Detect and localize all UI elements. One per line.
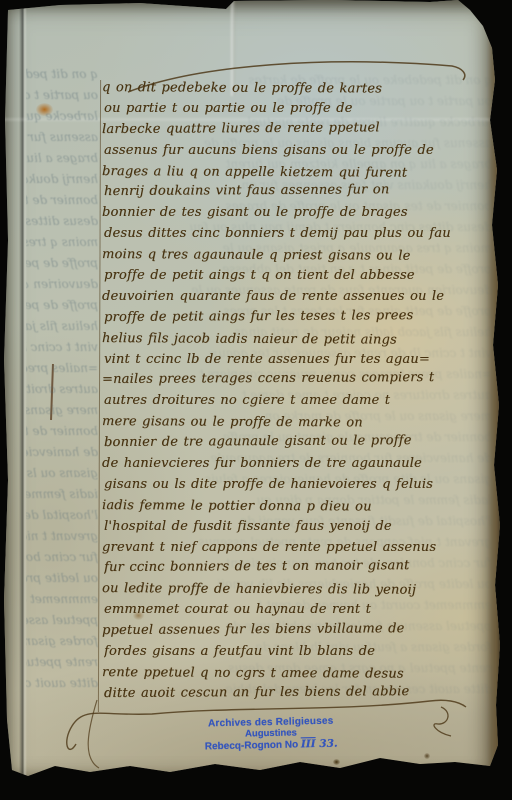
manuscript-line: bonnier de tes gisant ou le proffe de br… bbox=[102, 203, 496, 224]
torn-bottom-edge bbox=[0, 778, 504, 792]
stamp-roman-numeral: III bbox=[301, 738, 316, 750]
archive-stamp: Archives des Religieuses Augustines Rebe… bbox=[195, 715, 348, 752]
bleedthrough-line: ou partie t ou partie ou le proffe de bbox=[26, 85, 98, 106]
bleedthrough-line: fordes gisans a feutfau vint lb blans de bbox=[26, 631, 98, 652]
bleedthrough-text: q on dit pedebeke ou le proffe de kartes… bbox=[26, 64, 98, 694]
bleedthrough-line: l'hospital de fusdit fissante faus yenoi… bbox=[26, 505, 98, 526]
bleedthrough-line: proffe de petit aings t q on tient del a… bbox=[26, 253, 98, 274]
bleedthrough-line: de hanievcieres fur bonniers de tre agau… bbox=[26, 442, 98, 463]
manuscript-line: gisans ou ls dite proffe de hanievoieres… bbox=[104, 475, 496, 496]
bleedthrough-line: larbecke quattre liures de rente ppetuel bbox=[26, 106, 98, 127]
manuscript-line: proffe de petit aings t q on tient del a… bbox=[104, 266, 496, 287]
parchment-page: q on dit pedebeke ou le proffe de kartes… bbox=[0, 0, 504, 792]
bleedthrough-line: fur ccinc bonniers de tes t on manoir gi… bbox=[26, 547, 98, 568]
bleedthrough-line: =nailes prees terages ccens reuenus comp… bbox=[26, 358, 98, 379]
bleedthrough-line: gisans ou ls dite proffe de hanievoieres… bbox=[26, 463, 98, 484]
stamp-arabic-number: 33. bbox=[319, 738, 338, 750]
bleedthrough-line: henrij doukains vint faus assennes fur o… bbox=[26, 169, 98, 190]
manuscript-line: l'hospital de fusdit fissante faus yenoi… bbox=[104, 517, 496, 538]
manuscript-line: assenus fur aucuns biens gisans ou le pr… bbox=[104, 141, 496, 162]
manuscript-line: henrij doukains vint faus assennes fur o… bbox=[104, 180, 496, 203]
bleedthrough-line: iadis femme le pottier donna p dieu ou bbox=[26, 484, 98, 505]
bleedthrough-line: vint t ccinc lb de rente assenues fur te… bbox=[26, 337, 98, 358]
bleedthrough-line: ditte auoit cescun an fur les biens del … bbox=[26, 673, 98, 694]
manuscript-text-block: q on dit pedebeke ou le proffe de kartes… bbox=[102, 78, 496, 705]
manuscript-line: desus dittes cinc bonniers t demij pau p… bbox=[104, 224, 496, 245]
manuscript-line: iadis femme le pottier donna p dieu ou bbox=[102, 496, 496, 519]
bleedthrough-line: proffe de petit aings fur les teses t le… bbox=[26, 295, 98, 316]
bleedthrough-line: desus dittes cinc bonniers t demij pau p… bbox=[26, 211, 98, 232]
bleedthrough-margin: q on dit pedebeke ou le proffe de kartes… bbox=[26, 64, 98, 720]
bleedthrough-line: bonnier de tes gisant ou le proffe de br… bbox=[26, 190, 98, 211]
manuscript-line: autres droitures no cgiere t amee dame t bbox=[104, 391, 496, 412]
bleedthrough-line: grevant t nief cappons de rente ppetuel … bbox=[26, 526, 98, 547]
foxing-stain bbox=[424, 753, 430, 759]
manuscript-line: fordes gisans a feutfau vint lb blans de bbox=[104, 642, 496, 663]
stamp-line-3: Rebecq-Rognon No III 33. bbox=[195, 737, 347, 752]
stamp-line-3-text: Rebecq-Rognon No bbox=[205, 739, 299, 752]
manuscript-line: q on dit pedebeke ou le proffe de kartes bbox=[102, 78, 496, 101]
manuscript-line: ditte auoit cescun an fur les biens del … bbox=[104, 681, 496, 704]
bleedthrough-line: rente ppetuel q no cgrs t amee dame desu… bbox=[26, 652, 98, 673]
manuscript-line: =nailes prees terages ccens reuenus comp… bbox=[102, 368, 496, 391]
bleedthrough-line: helius fils jacob iadis naieur de petit … bbox=[26, 316, 98, 337]
bleedthrough-line: emmnemet courat ou haynau de rent t bbox=[26, 589, 98, 610]
manuscript-line: de hanievcieres fur bonniers de tre agau… bbox=[102, 454, 496, 475]
bleedthrough-line: deuvoirien quarante faus de rente assenu… bbox=[26, 274, 98, 295]
bleedthrough-line: q on dit pedebeke ou le proffe de kartes bbox=[26, 64, 98, 85]
manuscript-line: ppetuel assenues fur les biens vbillaume… bbox=[102, 619, 496, 642]
bleedthrough-line: assenus fur aucuns biens gisans ou le pr… bbox=[26, 127, 98, 148]
manuscript-line: moins q tres agaunaule q priest gisans o… bbox=[102, 245, 496, 268]
manuscript-line: bonnier de tre agaunaule gisant ou le pr… bbox=[104, 431, 496, 454]
manuscript-line: ou partie t ou partie ou le proffe de bbox=[104, 99, 496, 120]
foxing-stain bbox=[333, 759, 340, 765]
manuscript-line: deuvoirien quarante faus de rente assenu… bbox=[102, 287, 496, 308]
bleedthrough-line: bonnier de tre agaunaule gisant ou le pr… bbox=[26, 421, 98, 442]
torn-right-edge bbox=[487, 0, 504, 792]
bleedthrough-line: brages a liu q on appelle kietzem qui fu… bbox=[26, 148, 98, 169]
bleedthrough-line: mere gisans ou le proffe de marke on bbox=[26, 400, 98, 421]
manuscript-photo: q on dit pedebeke ou le proffe de kartes… bbox=[0, 0, 512, 800]
manuscript-line: helius fils jacob iadis naieur de petit … bbox=[102, 329, 496, 352]
bleedthrough-line: ppetuel assenues fur les biens vbillaume… bbox=[26, 610, 98, 631]
stamp-handwritten-number: III 33. bbox=[301, 738, 338, 751]
bleedthrough-line: ou ledite proffe de hanievbieres dis lib… bbox=[26, 568, 98, 589]
manuscript-line: fur ccinc bonniers de tes t on manoir gi… bbox=[104, 556, 496, 579]
manuscript-line: larbecke quattre liures de rente ppetuel bbox=[102, 117, 496, 140]
bleedthrough-line: moins q tres agaunaule q priest gisans o… bbox=[26, 232, 98, 253]
bleedthrough-line: autres droitures no cgiere t amee dame t bbox=[26, 379, 98, 400]
paraph-flourish bbox=[434, 707, 451, 736]
manuscript-line: proffe de petit aings fur les teses t le… bbox=[104, 305, 496, 328]
manuscript-line: ou ledite proffe de hanievbieres dis lib… bbox=[102, 579, 496, 602]
